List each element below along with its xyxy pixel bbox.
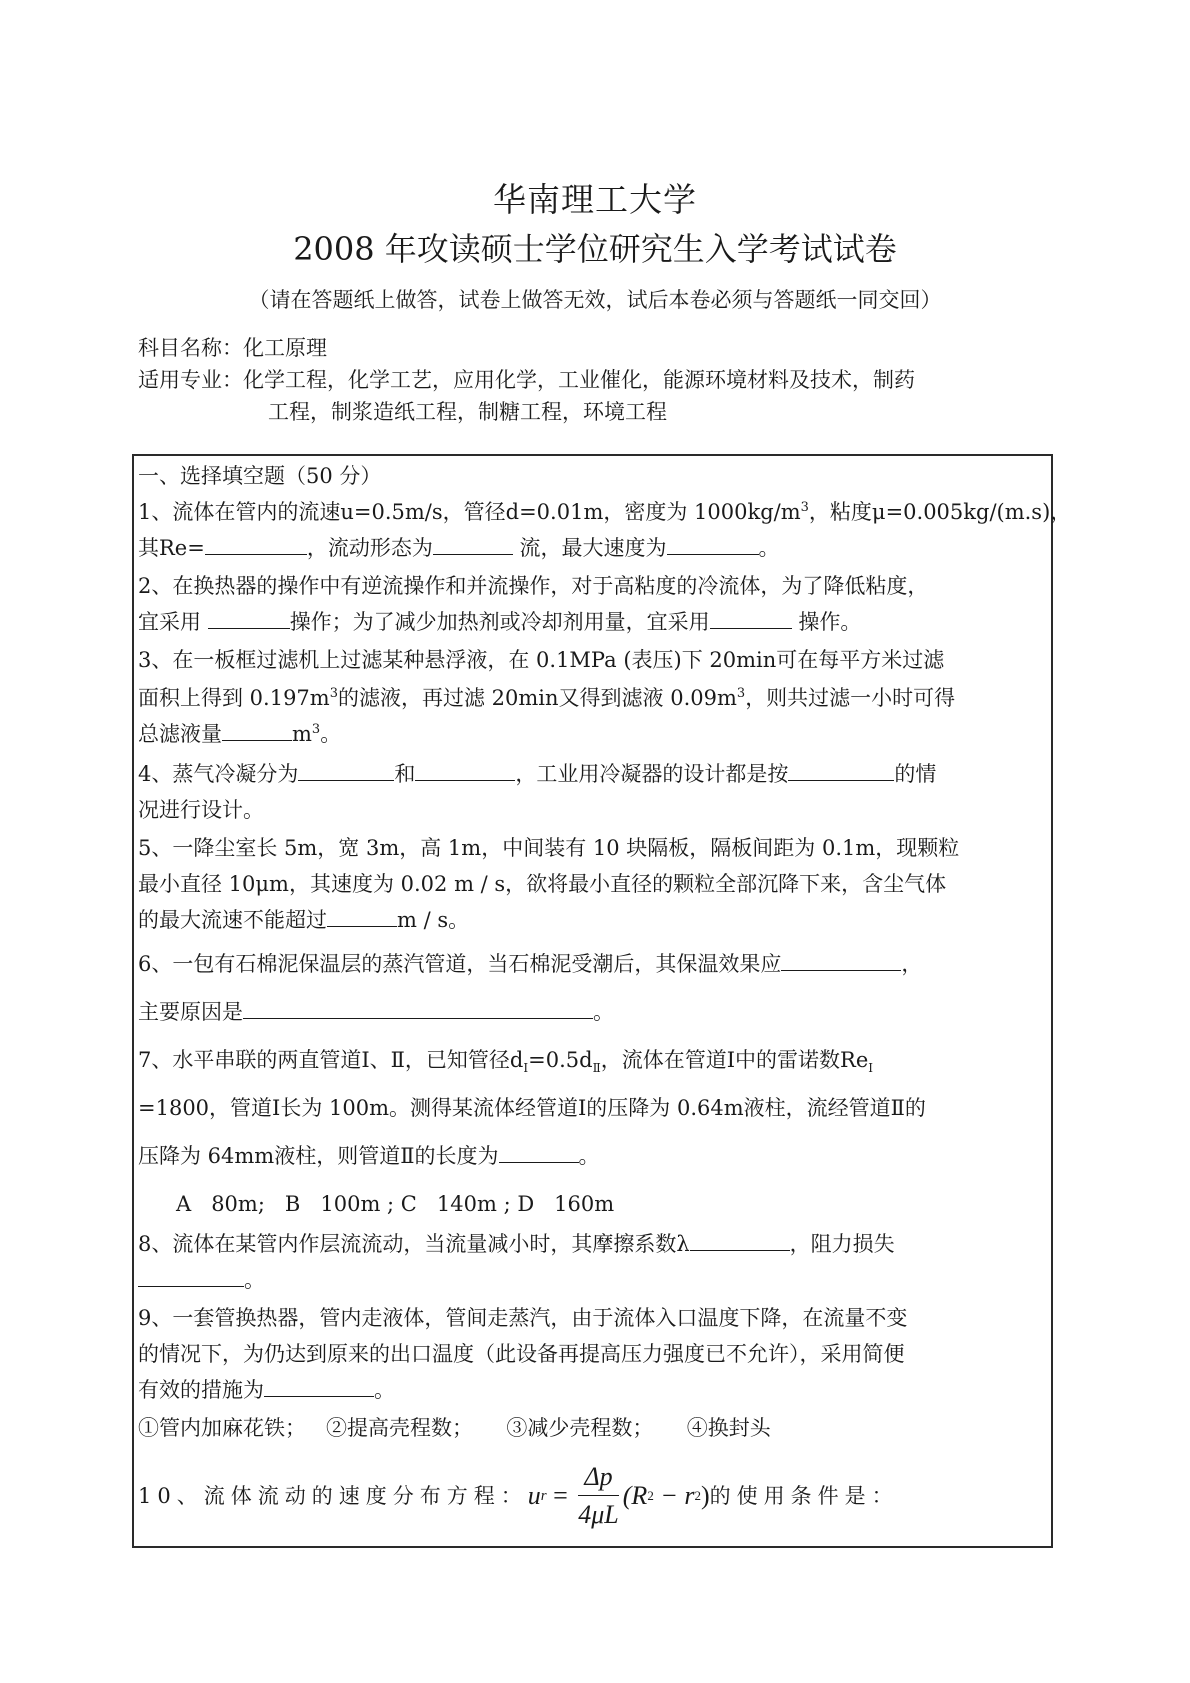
q1-blank-max-velocity	[667, 532, 759, 555]
q7-options: A 80m; B 100m ; C 140m ; D 160m	[176, 1186, 1047, 1222]
q6-line-1: 6、一包有石棉泥保温层的蒸汽管道，当石棉泥受潮后，其保温效果应，	[138, 946, 1047, 982]
q9-options: ①管内加麻花铁； ②提高壳程数； ③减少壳程数； ④换封头	[138, 1410, 1047, 1446]
q8-text: 。	[244, 1268, 265, 1292]
q5-line-2: 最小直径 10μm，其速度为 0.02 m / s，欲将最小直径的颗粒全部沉降下…	[138, 866, 1047, 902]
section-title: 一、选择填空题（50 分）	[138, 458, 1047, 494]
q3-sup: 3	[330, 686, 338, 701]
q10-prefix: 10、流体流动的速度分布方程：	[138, 1456, 528, 1536]
q4-text: ，工业用冷凝器的设计都是按	[515, 762, 788, 786]
subject-label: 科目名称：	[138, 336, 243, 360]
formula-paren-close: )	[701, 1456, 710, 1536]
q1-sup: 3	[801, 500, 809, 515]
q7-sub: Ⅰ	[868, 1061, 873, 1075]
q2-text: 宜采用	[138, 610, 208, 634]
q5-line-3: 的最大流速不能超过m / s。	[138, 902, 1047, 938]
q1-blank-re	[205, 532, 307, 555]
q2-blank-1	[208, 606, 290, 629]
q5-text: m / s。	[397, 908, 469, 932]
q7-blank-length	[499, 1140, 579, 1163]
q9-text: 有效的措施为	[138, 1378, 264, 1402]
q2-text: 操作；为了减少加热剂或冷却剂用量，宜采用	[290, 610, 710, 634]
q2-blank-2	[710, 606, 792, 629]
q7-line-2: =1800，管道Ⅰ长为 100m。测得某流体经管道Ⅰ的压降为 0.64m液柱，流…	[138, 1090, 1047, 1126]
formula-u: u	[528, 1456, 541, 1536]
q5-blank-max-velocity	[327, 904, 397, 927]
formula-paren-open: (R	[623, 1456, 648, 1536]
q3-blank-volume	[222, 718, 292, 741]
formula-minus: − r	[654, 1456, 695, 1536]
q6-text: 6、一包有石棉泥保温层的蒸汽管道，当石棉泥受潮后，其保温效果应	[138, 952, 781, 976]
q7-text: 压降为 64mm液柱，则管道Ⅱ的长度为	[138, 1144, 499, 1168]
q9-text: 。	[374, 1378, 395, 1402]
q10-suffix: 的使用条件是：	[710, 1456, 899, 1536]
question-box: 一、选择填空题（50 分） 1、流体在管内的流速u=0.5m/s，管径d=0.0…	[132, 454, 1053, 1548]
q2-line-1: 2、在换热器的操作中有逆流操作和并流操作，对于高粘度的冷流体，为了降低粘度，	[138, 568, 1047, 604]
q5-line-1: 5、一降尘室长 5m，宽 3m，高 1m，中间装有 10 块隔板，隔板间距为 0…	[138, 830, 1047, 866]
q1-text: 。	[759, 536, 780, 560]
q6-text: 主要原因是	[138, 1000, 243, 1024]
q10-line: 10、流体流动的速度分布方程： ur = Δp 4μL (R2 − r2) 的使…	[138, 1456, 1047, 1536]
q8-text: ，阻力损失	[790, 1232, 895, 1256]
q7-sub: Ⅱ	[593, 1061, 601, 1075]
q7-text: 7、水平串联的两直管道Ⅰ、Ⅱ，已知管径d	[138, 1048, 523, 1072]
q4-blank-3	[788, 758, 894, 781]
q9-line-1: 9、一套管换热器，管内走液体，管间走蒸汽，由于流体入口温度下降，在流量不变	[138, 1300, 1047, 1336]
q9-line-2: 的情况下，为仍达到原来的出口温度（此设备再提高压力强度已不允许），采用简便	[138, 1336, 1047, 1372]
q4-line-1: 4、蒸气冷凝分为和，工业用冷凝器的设计都是按的情	[138, 756, 1047, 792]
q7-line-3: 压降为 64mm液柱，则管道Ⅱ的长度为。	[138, 1138, 1047, 1174]
subject-value: 化工原理	[243, 336, 327, 360]
q3-text: 总滤液量	[138, 722, 222, 746]
q1-line-2: 其Re=，流动形态为 流，最大速度为。	[138, 530, 1047, 566]
velocity-distribution-formula: ur = Δp 4μL (R2 − r2)	[528, 1456, 710, 1536]
q4-text: 4、蒸气冷凝分为	[138, 762, 298, 786]
majors-line-2: 工程，制浆造纸工程，制糖工程，环境工程	[138, 396, 1058, 428]
q8-line-2: 。	[138, 1262, 1047, 1298]
q3-text: 。	[320, 722, 341, 746]
majors-label: 适用专业：	[138, 368, 243, 392]
q1-line-1: 1、流体在管内的流速u=0.5m/s，管径d=0.01m，密度为 1000kg/…	[138, 494, 1047, 530]
q6-blank-reason	[243, 996, 593, 1019]
q7-text: =0.5d	[528, 1048, 592, 1072]
q4-line-2: 况进行设计。	[138, 792, 1047, 828]
formula-numerator: Δp	[578, 1459, 618, 1496]
q6-blank-effect	[781, 948, 901, 971]
q3-line-2: 面积上得到 0.197m3的滤液，再过滤 20min又得到滤液 0.09m3，则…	[138, 680, 1047, 716]
q3-line-3: 总滤液量m3。	[138, 716, 1047, 752]
formula-denominator: 4μL	[578, 1496, 619, 1534]
q4-blank-1	[298, 758, 394, 781]
exam-title: 2008 年攻读硕士学位研究生入学考试试卷	[0, 224, 1190, 270]
q3-text: 的滤液，再过滤 20min又得到滤液 0.09m	[338, 686, 737, 710]
q6-text: ，	[901, 952, 922, 976]
q7-line-1: 7、水平串联的两直管道Ⅰ、Ⅱ，已知管径dⅠ=0.5dⅡ，流体在管道Ⅰ中的雷诺数R…	[138, 1042, 1047, 1078]
q1-text: 1、流体在管内的流速u=0.5m/s，管径d=0.01m，密度为 1000kg/…	[138, 500, 801, 524]
q1-text: ，粘度μ=0.005kg/(m.s)，	[809, 500, 1071, 524]
q3-text: m	[292, 722, 312, 746]
q1-blank-flow-type	[433, 532, 513, 555]
q1-text: ，流动形态为	[307, 536, 433, 560]
subject-line: 科目名称：化工原理	[138, 332, 327, 362]
q8-text: 8、流体在某管内作层流流动，当流量减小时，其摩擦系数λ	[138, 1232, 690, 1256]
q8-blank-friction	[690, 1228, 790, 1251]
q6-line-2: 主要原因是。	[138, 994, 1047, 1030]
formula-equals: =	[547, 1456, 575, 1536]
q3-sup: 3	[312, 722, 320, 737]
q3-sup: 3	[737, 686, 745, 701]
q9-blank-measure	[264, 1374, 374, 1397]
q3-text: 面积上得到 0.197m	[138, 686, 330, 710]
q3-text: ，则共过滤一小时可得	[745, 686, 955, 710]
majors-line-1: 化学工程，化学工艺，应用化学，工业催化，能源环境材料及技术，制药	[243, 368, 915, 392]
q8-line-1: 8、流体在某管内作层流流动，当流量减小时，其摩擦系数λ，阻力损失	[138, 1226, 1047, 1262]
q1-text: 其Re=	[138, 536, 205, 560]
q4-blank-2	[415, 758, 515, 781]
q4-text: 的情	[894, 762, 936, 786]
q7-text: ，流体在管道Ⅰ中的雷诺数Re	[601, 1048, 869, 1072]
q2-line-2: 宜采用 操作；为了减少加热剂或冷却剂用量，宜采用 操作。	[138, 604, 1047, 640]
exam-notice: （请在答题纸上做答，试卷上做答无效，试后本卷必须与答题纸一同交回）	[0, 284, 1190, 314]
q2-text: 操作。	[792, 610, 862, 634]
q1-text: 流，最大速度为	[513, 536, 667, 560]
q4-text: 和	[394, 762, 415, 786]
q6-text: 。	[593, 1000, 614, 1024]
q8-blank-loss	[138, 1264, 244, 1287]
q5-text: 的最大流速不能超过	[138, 908, 327, 932]
formula-fraction: Δp 4μL	[578, 1459, 619, 1534]
majors-block: 适用专业：化学工程，化学工艺，应用化学，工业催化，能源环境材料及技术，制药 工程…	[138, 364, 1058, 428]
q7-text: 。	[579, 1144, 600, 1168]
university-name: 华南理工大学	[0, 174, 1190, 221]
q9-line-3: 有效的措施为。	[138, 1372, 1047, 1408]
q3-line-1: 3、在一板框过滤机上过滤某种悬浮液，在 0.1MPa (表压)下 20min可在…	[138, 642, 1047, 678]
